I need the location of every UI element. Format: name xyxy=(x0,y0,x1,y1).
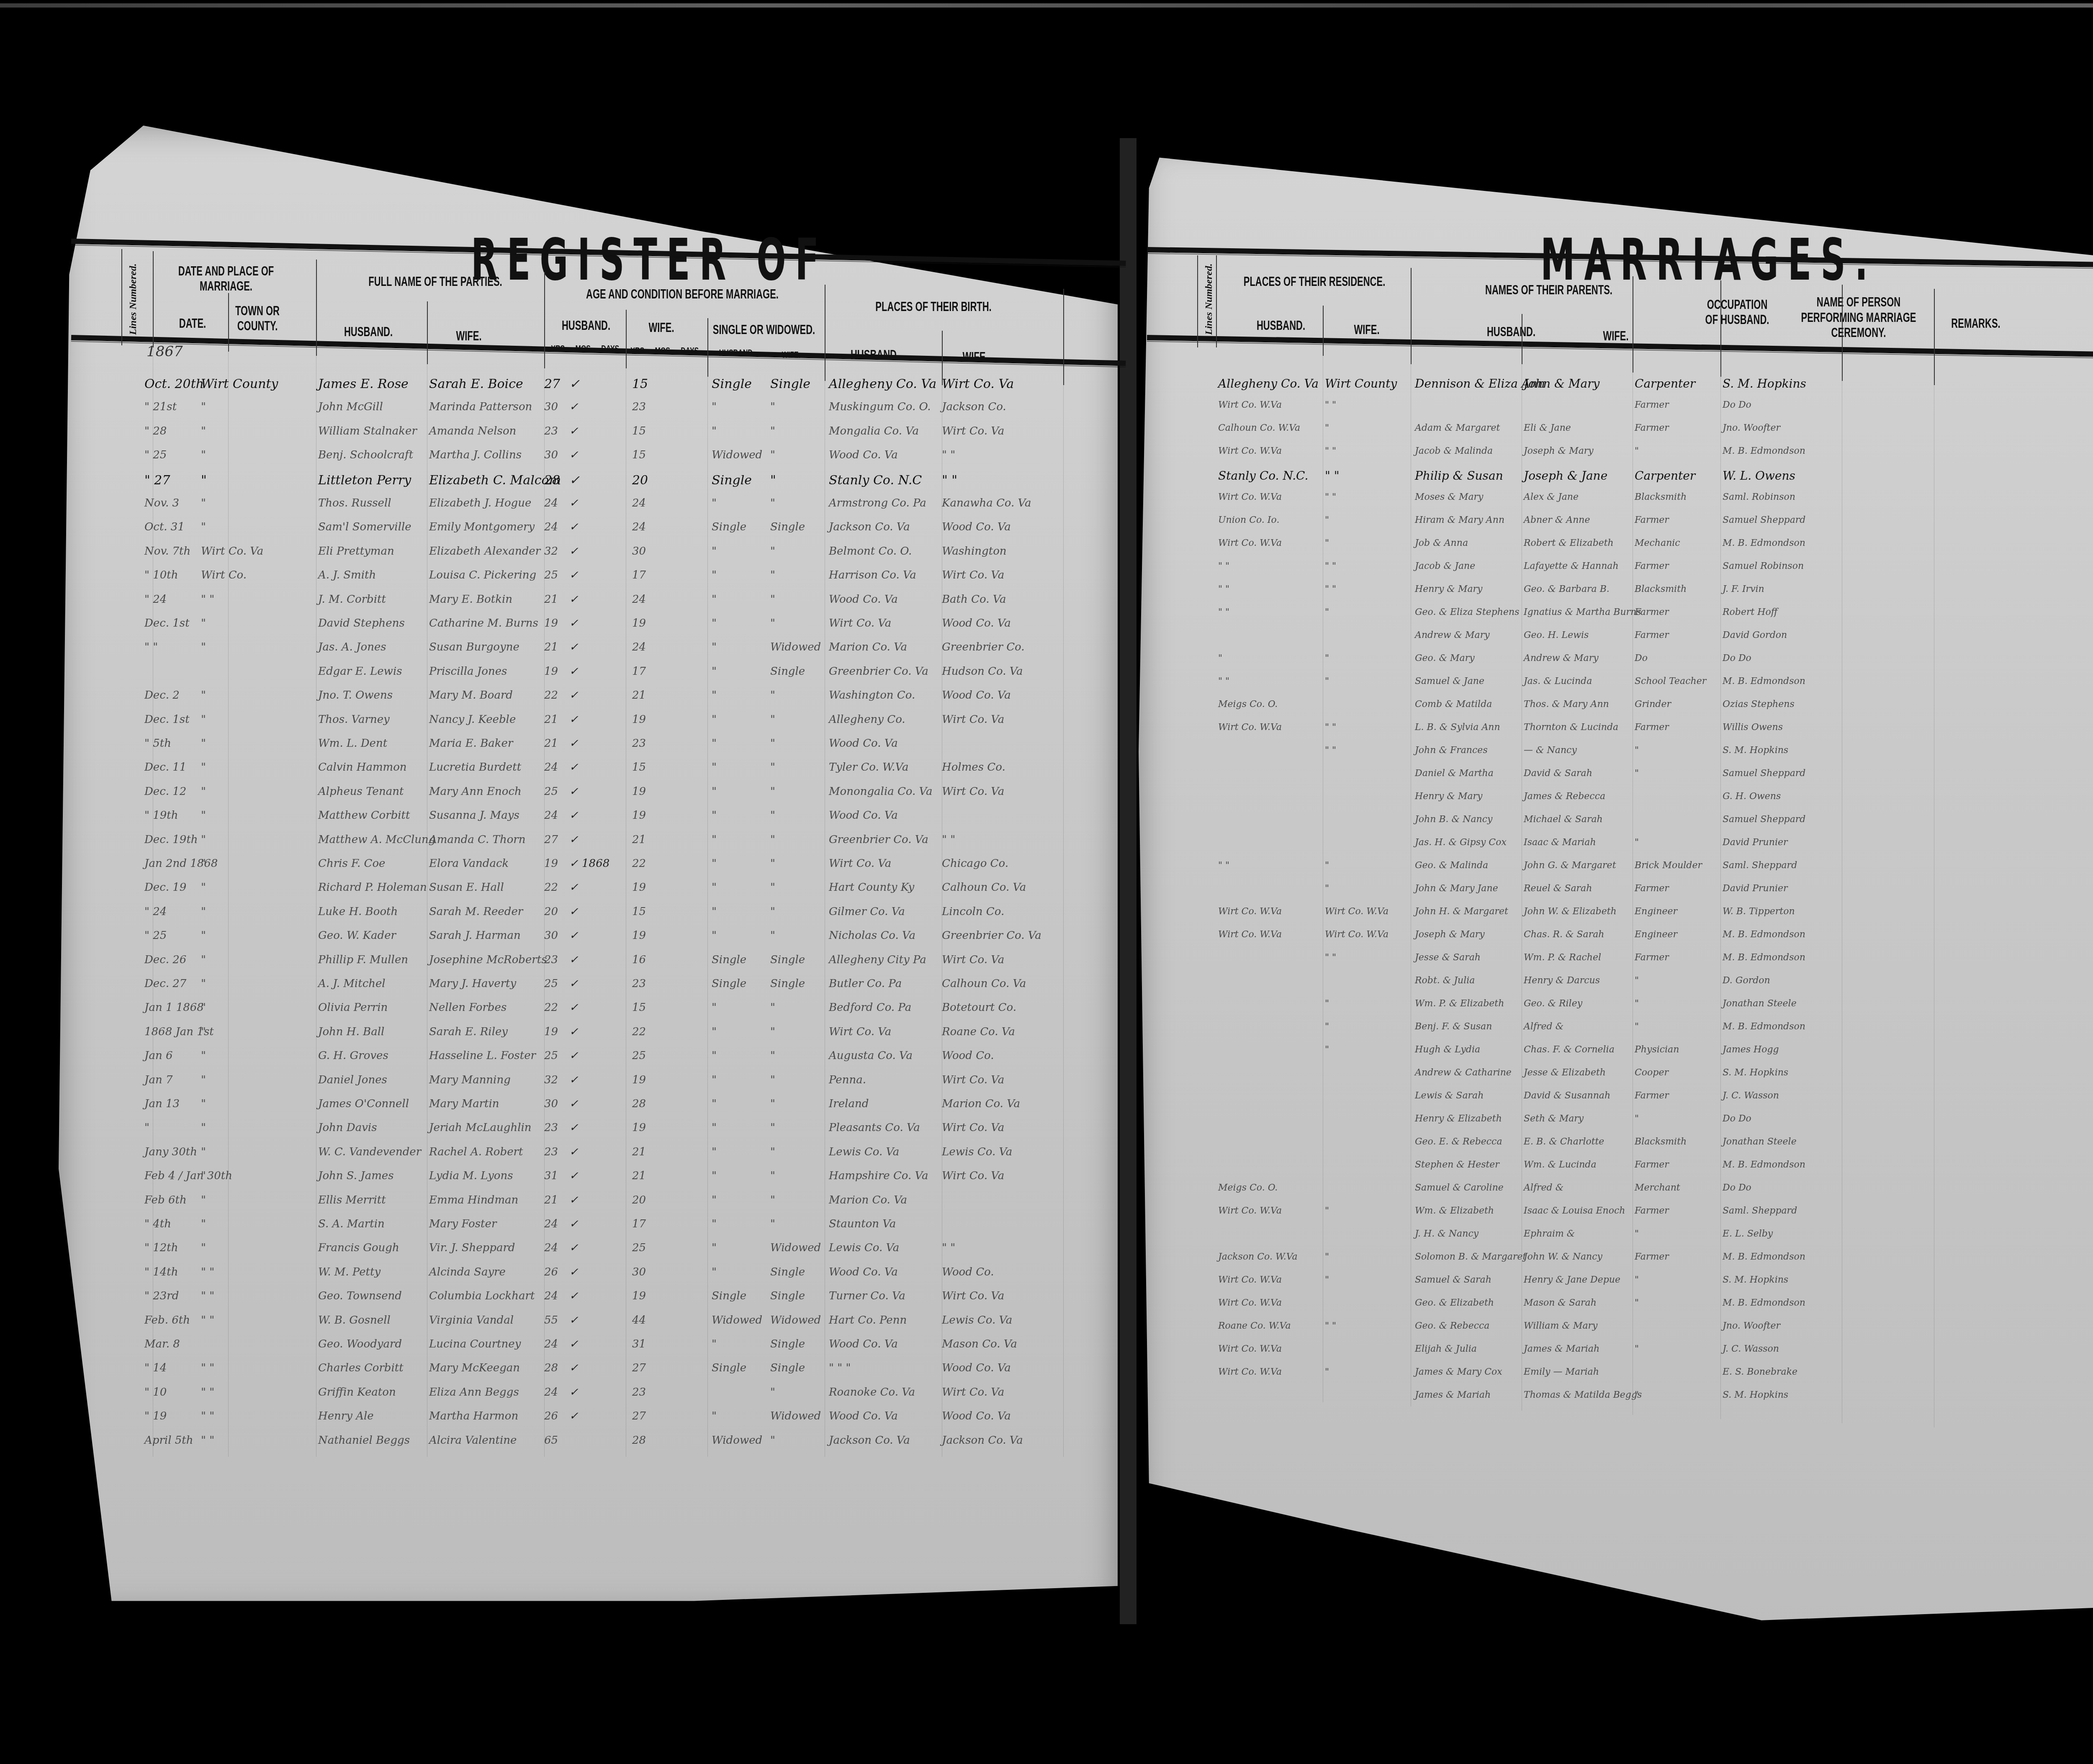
entry-check-mark: ✓ xyxy=(569,833,579,846)
entry-husband-residence: " " xyxy=(1218,561,1229,571)
entry-husband-age: 32 xyxy=(544,1074,558,1086)
entry-wife-age: 21 xyxy=(632,1146,646,1158)
year-note: 1867 xyxy=(147,343,183,360)
entry-husband-name: Olivia Perrin xyxy=(318,1001,388,1014)
entry-town: " xyxy=(201,1098,206,1110)
officiant-header: NAME OF PERSON PERFORMING MARRIAGE CEREM… xyxy=(1792,295,1926,340)
entry-husband-parents: Samuel & Jane xyxy=(1415,676,1484,687)
entry-wife-name: Virginia Vandal xyxy=(429,1314,514,1327)
entry-date: " 5th xyxy=(144,737,171,750)
entry-date: Dec. 1st xyxy=(144,617,190,630)
entry-town: " xyxy=(201,809,206,822)
entry-check-mark: ✓ xyxy=(569,1314,579,1327)
entry-wife-residence: " xyxy=(1325,676,1329,687)
entry-wife-age: 21 xyxy=(632,1170,646,1182)
entry-wife-residence: " " xyxy=(1325,561,1336,571)
entry-husband-age: 20 xyxy=(544,905,558,918)
entry-husband-condition: Single xyxy=(712,1362,746,1374)
entry-check-mark: ✓ xyxy=(569,689,579,702)
entry-husband-birthplace: Jackson Co. Va xyxy=(829,1434,910,1447)
entry-husband-age: 24 xyxy=(544,1242,558,1254)
entry-date: " 23rd xyxy=(144,1290,179,1302)
entry-wife-parents: Andrew & Mary xyxy=(1524,653,1599,663)
entry-husband-name: Richard P. Holeman xyxy=(318,881,427,894)
entry-husband-age: 32 xyxy=(544,545,558,558)
entry-town: " " xyxy=(201,1410,214,1422)
entry-wife-age: 19 xyxy=(632,617,646,630)
entry-officiant: Jonathan Steele xyxy=(1723,1137,1797,1147)
entry-date: Feb 6th xyxy=(144,1194,187,1206)
entry-wife-residence: " xyxy=(1325,860,1329,871)
col-divider xyxy=(626,310,627,368)
entry-officiant: J. F. Irvin xyxy=(1723,584,1764,594)
entry-wife-age: 44 xyxy=(632,1314,646,1327)
entry-husband-parents: Geo. & Mary xyxy=(1415,653,1475,663)
entry-date: " 12th xyxy=(144,1242,178,1254)
entry-wife-age: 17 xyxy=(632,1218,646,1230)
entry-town: " xyxy=(201,689,206,702)
entry-check-mark: ✓ xyxy=(569,929,579,942)
entry-husband-birthplace: Turner Co. Va xyxy=(829,1290,905,1302)
ledger-line xyxy=(427,360,427,1457)
entry-wife-birthplace: Lincoln Co. xyxy=(942,905,1004,918)
entry-wife-birthplace: " " xyxy=(942,473,957,488)
entry-wife-name: Mary Foster xyxy=(429,1218,496,1230)
ledger-line xyxy=(707,373,708,1457)
entry-wife-condition: " xyxy=(770,761,775,774)
ledger-line xyxy=(1633,368,1633,1415)
entry-husband-condition: " xyxy=(712,761,717,774)
entry-husband-parents: Hugh & Lydia xyxy=(1415,1044,1480,1055)
entry-wife-condition: " xyxy=(770,905,775,918)
entry-husband-condition: " xyxy=(712,1242,717,1254)
entry-check-mark: ✓ xyxy=(569,569,579,581)
entry-wife-parents: Isaac & Mariah xyxy=(1524,837,1596,848)
entry-wife-age: 25 xyxy=(632,1049,646,1062)
entry-wife-name: Mary Manning xyxy=(429,1074,511,1086)
entry-husband-age: 24 xyxy=(544,1386,558,1399)
entry-occupation: Blacksmith xyxy=(1635,584,1687,594)
entry-husband-parents: Andrew & Catharine xyxy=(1415,1067,1512,1078)
entry-town: " xyxy=(201,497,206,509)
entry-husband-birthplace: Monongalia Co. Va xyxy=(829,785,932,798)
entry-husband-parents: Samuel & Caroline xyxy=(1415,1183,1504,1193)
husband-name-header: HUSBAND. xyxy=(327,324,410,339)
entry-check-mark: ✓ xyxy=(569,809,579,822)
entry-wife-condition: Single xyxy=(770,1338,805,1350)
entry-wife-age: 30 xyxy=(632,545,646,558)
entry-husband-name: Charles Corbitt xyxy=(318,1362,404,1374)
entry-wife-condition: Single xyxy=(770,1362,805,1374)
entry-husband-name: Chris F. Coe xyxy=(318,857,385,870)
entry-wife-parents: Chas. R. & Sarah xyxy=(1524,929,1604,940)
entry-husband-parents: John & Mary Jane xyxy=(1415,883,1498,894)
entry-wife-residence: " xyxy=(1325,1367,1329,1377)
entry-husband-birthplace: Greenbrier Co. Va xyxy=(829,665,928,678)
scan-top-edge xyxy=(0,3,2093,8)
entry-husband-age: 25 xyxy=(544,785,558,798)
entry-town: " xyxy=(201,881,206,894)
entry-husband-condition: " xyxy=(712,425,717,437)
entry-wife-condition: Single xyxy=(770,1266,805,1278)
entry-husband-residence: " " xyxy=(1218,860,1229,871)
entry-check-mark: ✓ xyxy=(569,1218,579,1230)
entry-wife-name: Elora Vandack xyxy=(429,857,509,870)
par-wife-header: WIFE. xyxy=(1586,329,1645,344)
entry-husband-parents: Philip & Susan xyxy=(1415,469,1503,483)
entry-wife-residence: " " xyxy=(1325,469,1340,483)
entry-husband-age: 28 xyxy=(544,473,560,488)
entry-wife-age: 25 xyxy=(632,1242,646,1254)
entry-husband-parents: Lewis & Sarah xyxy=(1415,1090,1484,1101)
entry-husband-name: John H. Ball xyxy=(318,1026,384,1038)
entry-wife-name: Mary M. Board xyxy=(429,689,513,702)
entry-wife-birthplace: Wirt Co. Va xyxy=(942,1074,1004,1086)
entry-husband-name: Alpheus Tenant xyxy=(318,785,404,798)
entry-husband-name: Thos. Varney xyxy=(318,713,390,726)
entry-husband-age: 25 xyxy=(544,1049,558,1062)
entry-husband-age: 65 xyxy=(544,1434,558,1447)
entry-husband-birthplace: Harrison Co. Va xyxy=(829,569,916,581)
entry-husband-parents: Hiram & Mary Ann xyxy=(1415,515,1504,525)
full-name-header: FULL NAME OF THE PARTIES. xyxy=(347,274,523,289)
entry-occupation: " xyxy=(1635,975,1639,986)
entry-town: " xyxy=(201,857,206,870)
ledger-line xyxy=(316,356,316,1457)
entry-wife-name: Marinda Patterson xyxy=(429,401,532,413)
entry-wife-age: 20 xyxy=(632,473,648,488)
entry-husband-parents: Geo. & Elizabeth xyxy=(1415,1298,1494,1308)
entry-officiant: Do Do xyxy=(1723,653,1751,663)
entry-husband-birthplace: Bedford Co. Pa xyxy=(829,1001,911,1014)
entry-town: " " xyxy=(201,1386,214,1399)
entry-husband-birthplace: Hampshire Co. Va xyxy=(829,1170,928,1182)
entry-husband-age: 26 xyxy=(544,1266,558,1278)
entry-husband-residence: Union Co. Io. xyxy=(1218,515,1279,525)
entry-wife-condition: Widowed xyxy=(770,1314,821,1327)
entry-wife-residence: " xyxy=(1325,607,1329,617)
entry-wife-birthplace: Wirt Co. Va xyxy=(942,1170,1004,1182)
entry-husband-age: 21 xyxy=(544,737,558,750)
entry-husband-name: James O'Connell xyxy=(318,1098,409,1110)
entry-occupation: " xyxy=(1635,837,1639,848)
entry-husband-age: 24 xyxy=(544,809,558,822)
entry-date: " xyxy=(144,1121,149,1134)
entry-husband-name: G. H. Groves xyxy=(318,1049,388,1062)
entry-wife-residence: " " xyxy=(1325,745,1336,756)
col-divider xyxy=(153,251,154,347)
entry-wife-age: 19 xyxy=(632,809,646,822)
entry-wife-birthplace: Hudson Co. Va xyxy=(942,665,1023,678)
entry-wife-condition: " xyxy=(770,1049,775,1062)
entry-husband-age: 30 xyxy=(544,929,558,942)
entry-wife-parents: Geo. & Barbara B. xyxy=(1524,584,1610,594)
entry-wife-name: Sarah E. Riley xyxy=(429,1026,508,1038)
entry-husband-age: 21 xyxy=(544,1194,558,1206)
entry-wife-parents: Chas. F. & Cornelia xyxy=(1524,1044,1615,1055)
entry-occupation: " xyxy=(1635,1275,1639,1285)
entry-husband-condition: " xyxy=(712,1121,717,1134)
entry-wife-name: Lydia M. Lyons xyxy=(429,1170,513,1182)
entry-occupation: Engineer xyxy=(1635,929,1677,940)
entry-wife-residence: " xyxy=(1325,1044,1329,1055)
entry-wife-name: Mary Ann Enoch xyxy=(429,785,522,798)
entry-wife-age: 24 xyxy=(632,521,646,533)
col-divider xyxy=(1323,306,1324,356)
entry-wife-birthplace: Wirt Co. Va xyxy=(942,569,1004,581)
entry-occupation: Farmer xyxy=(1635,607,1669,617)
entry-occupation: Farmer xyxy=(1635,561,1669,571)
entry-wife-parents: Seth & Mary xyxy=(1524,1113,1584,1124)
entry-husband-birthplace: Wirt Co. Va xyxy=(829,1026,891,1038)
entry-wife-condition: " xyxy=(770,857,775,870)
entry-wife-condition: " xyxy=(770,473,776,488)
entry-husband-parents: Henry & Mary xyxy=(1415,791,1482,802)
entry-wife-residence: Wirt County xyxy=(1325,377,1397,391)
date-header: DATE. xyxy=(167,316,218,331)
places-birth-header: PLACES OF THEIR BIRTH. xyxy=(829,299,1038,314)
entry-wife-residence: " xyxy=(1325,653,1329,663)
entry-wife-birthplace: Jackson Co. xyxy=(942,401,1006,413)
entry-wife-condition: Single xyxy=(770,377,810,391)
entry-officiant: G. H. Owens xyxy=(1723,791,1781,802)
entry-husband-residence: Meigs Co. O. xyxy=(1218,699,1278,710)
entry-husband-birthplace: Pleasants Co. Va xyxy=(829,1121,920,1134)
col-divider xyxy=(427,301,428,364)
parents-header: NAMES OF THEIR PARENTS. xyxy=(1473,283,1624,298)
entry-officiant: M. B. Edmondson xyxy=(1723,929,1805,940)
entry-husband-condition: " xyxy=(712,905,717,918)
entry-husband-age: 21 xyxy=(544,593,558,606)
entry-occupation: " xyxy=(1635,1298,1639,1308)
entry-husband-condition: Single xyxy=(712,954,746,966)
entry-husband-age: 23 xyxy=(544,425,558,437)
entry-wife-age: 22 xyxy=(632,857,646,870)
entry-wife-parents: Emily — Mariah xyxy=(1524,1367,1599,1377)
entry-wife-parents: Alex & Jane xyxy=(1524,492,1579,502)
entry-wife-name: Nellen Forbes xyxy=(429,1001,507,1014)
entry-husband-birthplace: Washington Co. xyxy=(829,689,915,702)
entry-officiant: Do Do xyxy=(1723,1183,1751,1193)
entry-husband-birthplace: Lewis Co. Va xyxy=(829,1242,899,1254)
entry-officiant: W. B. Tipperton xyxy=(1723,906,1795,917)
entry-date: " 14th xyxy=(144,1266,178,1278)
ledger-line xyxy=(1934,381,1934,1427)
entry-officiant: Do Do xyxy=(1723,1113,1751,1124)
entry-wife-condition: " xyxy=(770,929,775,942)
entry-husband-birthplace: Wood Co. Va xyxy=(829,1410,898,1422)
entry-wife-parents: Geo. H. Lewis xyxy=(1524,630,1589,640)
entry-officiant: Willis Owens xyxy=(1723,722,1783,733)
entry-wife-residence: " " xyxy=(1325,1321,1336,1331)
entry-husband-parents: Jacob & Jane xyxy=(1415,561,1475,571)
entry-check-mark: ✓ xyxy=(569,617,579,630)
entry-check-mark: ✓ xyxy=(569,1290,579,1302)
entry-wife-birthplace: Wood Co. Va xyxy=(942,689,1011,702)
entry-wife-parents: Wm. & Lucinda xyxy=(1524,1160,1597,1170)
entry-husband-name: W. C. Vandevender xyxy=(318,1146,421,1158)
h-days-header: Days. xyxy=(599,344,624,354)
entry-wife-age: 15 xyxy=(632,377,648,391)
entry-wife-birthplace: Wood Co. Va xyxy=(942,521,1011,533)
entry-husband-age: 19 xyxy=(544,1026,558,1038)
entry-wife-parents: Lafayette & Hannah xyxy=(1524,561,1619,571)
entry-husband-name: William Stalnaker xyxy=(318,425,417,437)
entry-town: " xyxy=(201,1170,206,1182)
col-divider xyxy=(1197,255,1198,347)
entry-husband-condition: " xyxy=(712,1338,717,1350)
w-yrs-header: Yrs. xyxy=(628,346,649,356)
entry-date: " 24 xyxy=(144,593,167,606)
entry-husband-residence: Wirt Co. W.Va xyxy=(1218,906,1282,917)
entry-husband-parents: Samuel & Sarah xyxy=(1415,1275,1491,1285)
entry-date: Feb. 6th xyxy=(144,1314,190,1327)
col-divider xyxy=(1522,314,1522,364)
entry-wife-condition: " xyxy=(770,497,775,509)
entry-wife-age: 23 xyxy=(632,1386,646,1399)
entry-wife-condition: " xyxy=(770,1146,775,1158)
entry-officiant: Jno. Woofter xyxy=(1723,423,1780,433)
entry-husband-condition: " xyxy=(712,1049,717,1062)
entry-officiant: Do Do xyxy=(1723,400,1751,410)
entry-husband-birthplace: Stanly Co. N.C xyxy=(829,473,922,488)
col-divider xyxy=(544,272,545,368)
entry-date: " 19 xyxy=(144,1410,167,1422)
entry-officiant: M. B. Edmondson xyxy=(1723,952,1805,963)
entry-wife-age: 30 xyxy=(632,1266,646,1278)
entry-husband-age: 30 xyxy=(544,401,558,413)
entry-wife-name: Amanda Nelson xyxy=(429,425,516,437)
entry-wife-birthplace: Wirt Co. Va xyxy=(942,954,1004,966)
entry-wife-condition: Widowed xyxy=(770,1242,821,1254)
entry-husband-parents: John B. & Nancy xyxy=(1415,814,1492,825)
entry-husband-parents: J. H. & Nancy xyxy=(1415,1229,1478,1239)
ledger-line xyxy=(1411,360,1411,1407)
entry-officiant: Samuel Sheppard xyxy=(1723,515,1805,525)
entry-wife-condition: " xyxy=(770,569,775,581)
entry-check-mark: ✓ xyxy=(569,1121,579,1134)
par-husband-header: HUSBAND. xyxy=(1465,324,1557,339)
entry-wife-name: Elizabeth C. Malcom xyxy=(429,473,561,488)
entry-husband-name: Eli Prettyman xyxy=(318,545,394,558)
entry-wife-condition: " xyxy=(770,617,775,630)
birth-wife-header: WIFE. xyxy=(942,350,1009,365)
entry-officiant: David Prunier xyxy=(1723,883,1788,894)
entry-wife-name: Emily Montgomery xyxy=(429,521,535,533)
entry-officiant: J. C. Wasson xyxy=(1723,1344,1779,1354)
entry-town: " " xyxy=(201,593,214,606)
entry-officiant: M. B. Edmondson xyxy=(1723,538,1805,548)
entry-husband-birthplace: Penna. xyxy=(829,1074,866,1086)
entry-husband-residence: Wirt Co. W.Va xyxy=(1218,722,1282,733)
entry-wife-birthplace: Wood Co. Va xyxy=(942,617,1011,630)
entry-town: " xyxy=(201,401,206,413)
entry-wife-condition: Single xyxy=(770,954,805,966)
entry-town: " xyxy=(201,1121,206,1134)
entry-husband-condition: " xyxy=(712,1026,717,1038)
entry-husband-condition: " xyxy=(712,881,717,894)
entry-occupation: " xyxy=(1635,446,1639,456)
entry-husband-parents: Geo. & Eliza Stephens xyxy=(1415,607,1520,617)
entry-wife-residence: " " xyxy=(1325,952,1336,963)
entry-husband-residence: Jackson Co. W.Va xyxy=(1218,1252,1298,1262)
entry-check-mark: ✓ xyxy=(569,1049,579,1062)
entry-town: " xyxy=(201,833,206,846)
entry-husband-condition: " xyxy=(712,1146,717,1158)
entry-date: " 28 xyxy=(144,425,167,437)
entry-date: " 4th xyxy=(144,1218,171,1230)
entry-wife-condition: " xyxy=(770,401,775,413)
entry-wife-age: 20 xyxy=(632,1194,646,1206)
ledger-line xyxy=(1842,377,1842,1423)
entry-officiant: S. M. Hopkins xyxy=(1723,1275,1788,1285)
entry-town: " xyxy=(201,425,206,437)
entry-check-mark: ✓ xyxy=(569,1266,579,1278)
entry-officiant: J. C. Wasson xyxy=(1723,1090,1779,1101)
entry-wife-parents: Reuel & Sarah xyxy=(1524,883,1592,894)
entry-occupation: Farmer xyxy=(1635,515,1669,525)
entry-wife-birthplace: Calhoun Co. Va xyxy=(942,881,1026,894)
entry-date: Jan 6 xyxy=(144,1049,172,1062)
entry-date: Dec. 27 xyxy=(144,977,186,990)
entry-husband-parents: Daniel & Martha xyxy=(1415,768,1494,779)
entry-wife-birthplace: Calhoun Co. Va xyxy=(942,977,1026,990)
entry-officiant: Jonathan Steele xyxy=(1723,998,1797,1009)
birth-husband-header: HUSBAND. xyxy=(833,347,917,363)
entry-occupation: Farmer xyxy=(1635,400,1669,410)
entry-wife-age: 23 xyxy=(632,401,646,413)
entry-wife-name: Catharine M. Burns xyxy=(429,617,538,630)
entry-wife-age: 15 xyxy=(632,905,646,918)
entry-husband-birthplace: Wood Co. Va xyxy=(829,1266,898,1278)
entry-check-mark: ✓ xyxy=(569,1362,579,1374)
entry-date: Feb 4 / Jan 30th xyxy=(144,1170,232,1182)
entry-husband-age: 22 xyxy=(544,689,558,702)
entry-officiant: S. M. Hopkins xyxy=(1723,745,1788,756)
entry-wife-name: Alcira Valentine xyxy=(429,1434,517,1447)
entry-date: Oct. 20th xyxy=(144,377,204,391)
entry-town: " xyxy=(201,641,206,653)
entry-husband-birthplace: Hart County Ky xyxy=(829,881,914,894)
entry-husband-condition: Single xyxy=(712,473,752,488)
entry-wife-name: Elizabeth Alexander xyxy=(429,545,540,558)
entry-husband-name: Francis Gough xyxy=(318,1242,399,1254)
entry-husband-name: Geo. Woodyard xyxy=(318,1338,402,1350)
entry-occupation: Mechanic xyxy=(1635,538,1680,548)
entry-husband-birthplace: Wood Co. Va xyxy=(829,809,898,822)
entry-occupation: Farmer xyxy=(1635,630,1669,640)
entry-date: " 10 xyxy=(144,1386,167,1399)
res-husband-header: HUSBAND. xyxy=(1239,318,1323,333)
entry-officiant: James Hogg xyxy=(1723,1044,1779,1055)
entry-wife-condition: " xyxy=(770,785,775,798)
col-divider xyxy=(1063,289,1064,385)
entry-husband-parents: Wm. & Elizabeth xyxy=(1415,1206,1494,1216)
entry-husband-age: 23 xyxy=(544,1121,558,1134)
entry-wife-condition: " xyxy=(770,1194,775,1206)
entry-check-mark: ✓ xyxy=(569,665,579,678)
entry-wife-age: 27 xyxy=(632,1410,646,1422)
entry-date: Mar. 8 xyxy=(144,1338,180,1350)
entry-husband-age: 25 xyxy=(544,977,558,990)
entry-officiant: Robert Hoff xyxy=(1723,607,1777,617)
entry-wife-parents: Henry & Jane Depue xyxy=(1524,1275,1620,1285)
entry-officiant: Jno. Woofter xyxy=(1723,1321,1780,1331)
entry-occupation: Grinder xyxy=(1635,699,1671,710)
entry-wife-condition: " xyxy=(770,1001,775,1014)
entry-town: " xyxy=(201,929,206,942)
entry-wife-birthplace: " " xyxy=(942,833,955,846)
